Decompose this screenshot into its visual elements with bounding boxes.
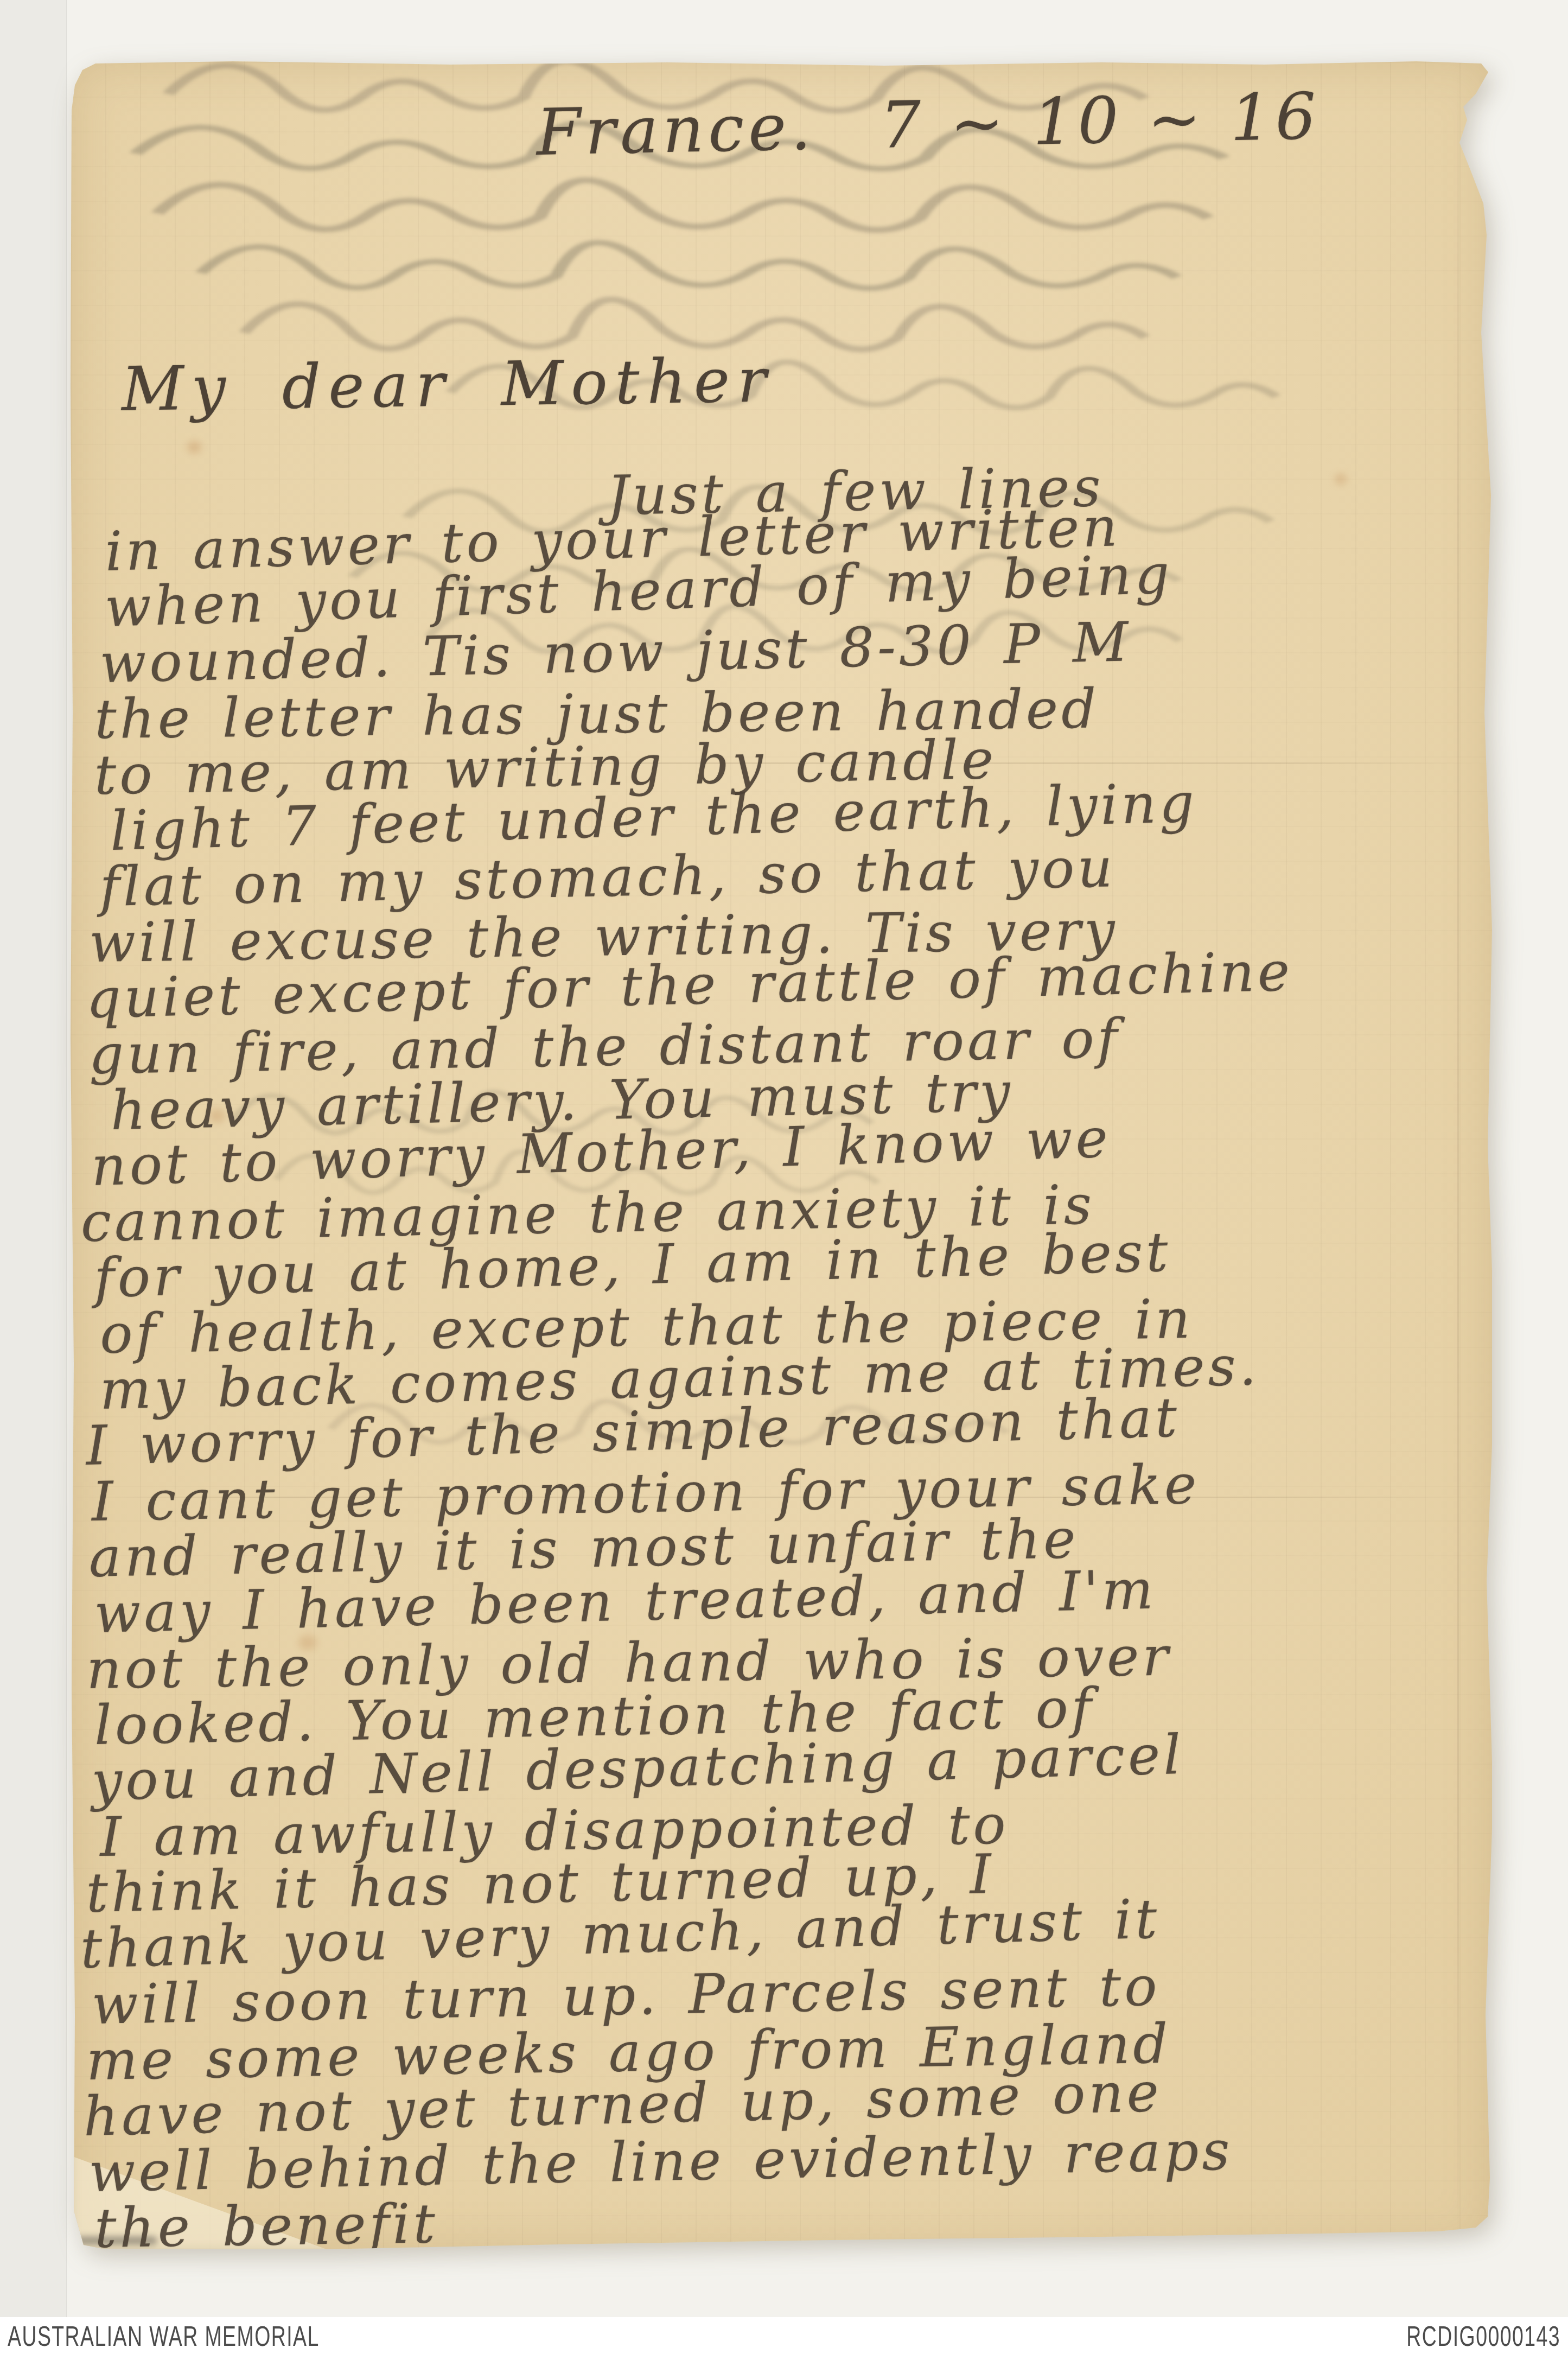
stain-spot (187, 441, 201, 453)
scanner-edge-band (0, 0, 67, 2317)
handwriting-line: the benefit (94, 2192, 438, 2260)
heading-place: France. (536, 89, 816, 170)
fold-crease-vertical (1457, 61, 1459, 2251)
letter-page: France.7 ~ 10 ~ 16 My dear Mother Just a… (71, 61, 1492, 2251)
letter-page-wrap: France.7 ~ 10 ~ 16 My dear Mother Just a… (71, 61, 1492, 2251)
watermark-right: RCDIG0000143 (1406, 2320, 1560, 2353)
heading-date: 7 ~ 10 ~ 16 (879, 79, 1321, 163)
stain-spot (1335, 474, 1347, 485)
scan-background: { "scan": { "footer": { "left_text": "AU… (0, 0, 1568, 2354)
salutation: My dear Mother (121, 345, 774, 425)
watermark-bar: AUSTRALIAN WAR MEMORIAL RCDIG0000143 (0, 2317, 1568, 2354)
watermark-left: AUSTRALIAN WAR MEMORIAL (8, 2320, 320, 2353)
